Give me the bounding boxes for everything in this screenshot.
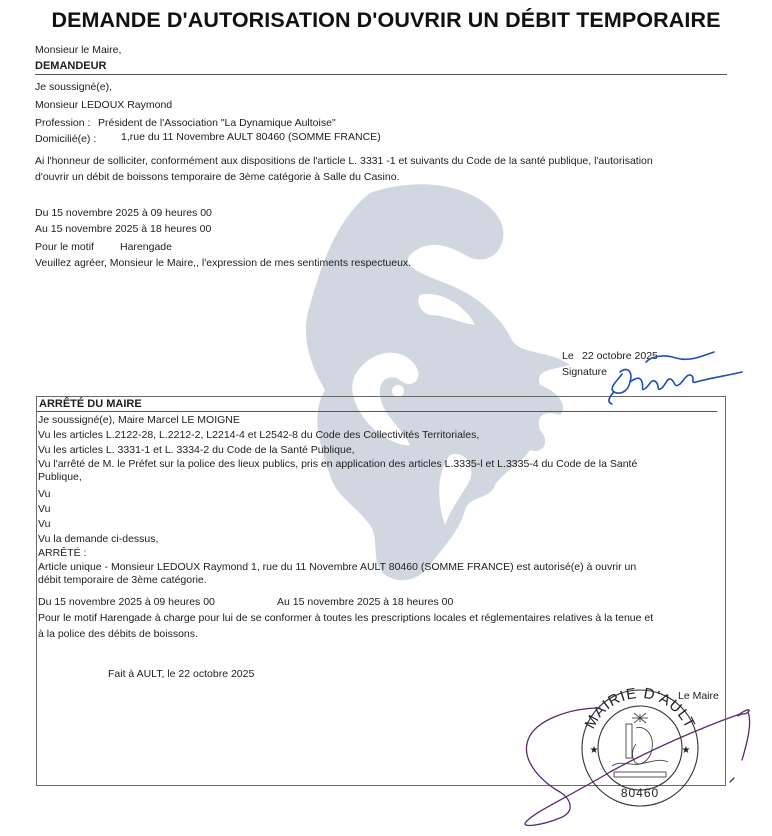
profession-label: Profession : bbox=[35, 117, 90, 130]
request-date: 22 octobre 2025 bbox=[582, 350, 658, 363]
arrete-line: Vu les articles L.2122-28, L.2212-2, L22… bbox=[38, 429, 479, 442]
fait-a: Fait à AULT, le 22 octobre 2025 bbox=[108, 668, 254, 681]
arrete-line: Vu bbox=[38, 518, 50, 531]
svg-text:80460: 80460 bbox=[621, 786, 659, 800]
request-line-2: d'ouvrir un débit de boissons temporaire… bbox=[35, 171, 399, 184]
arrete-divider bbox=[37, 411, 717, 412]
arrete-line: Vu bbox=[38, 488, 50, 501]
request-line-1: Ai l'honneur de solliciter, conformément… bbox=[35, 155, 653, 168]
salutation: Monsieur le Maire, bbox=[35, 44, 121, 57]
signatory-label: Le Maire bbox=[678, 690, 719, 703]
request-date-to: Au 15 novembre 2025 à 18 heures 00 bbox=[35, 223, 211, 236]
demandeur-divider bbox=[35, 74, 727, 75]
motif-value: Harengade bbox=[120, 241, 172, 254]
signature-label: Signature bbox=[562, 366, 607, 379]
domicile-value: 1,rue du 11 Novembre AULT 80460 (SOMME F… bbox=[121, 131, 381, 144]
arrete-motif-line-1: Pour le motif Harengade à charge pour lu… bbox=[38, 612, 653, 625]
domicile-label: Domicilié(e) : bbox=[35, 133, 96, 146]
demandeur-name: Monsieur LEDOUX Raymond bbox=[35, 99, 172, 112]
arrete-line: Publique, bbox=[38, 471, 82, 484]
arrete-line: Je soussigné(e), Maire Marcel LE MOIGNE bbox=[38, 414, 240, 427]
arrete-line: Vu les articles L. 3331-1 et L. 3334-2 d… bbox=[38, 444, 355, 457]
arrete-motif-line-2: à la police des débits de boissons. bbox=[38, 628, 198, 641]
profession-value: Président de l'Association "La Dynamique… bbox=[98, 117, 336, 130]
arrete-line: Article unique - Monsieur LEDOUX Raymond… bbox=[38, 561, 636, 574]
arrete-date-to: Au 15 novembre 2025 à 18 heures 00 bbox=[277, 596, 453, 609]
arrete-header: ARRÊTÉ DU MAIRE bbox=[39, 398, 142, 411]
arrete-date-from: Du 15 novembre 2025 à 09 heures 00 bbox=[38, 596, 215, 609]
demandeur-soussigne: Je soussigné(e), bbox=[35, 81, 112, 94]
motif-label: Pour le motif bbox=[35, 241, 94, 254]
closing-formula: Veuillez agréer, Monsieur le Maire,, l'e… bbox=[35, 257, 411, 270]
demandeur-header: DEMANDEUR bbox=[35, 60, 107, 73]
arrete-line: ARRÊTÉ : bbox=[38, 547, 86, 560]
arrete-line: débit temporaire de 3ème catégorie. bbox=[38, 574, 207, 587]
arrete-line: Vu bbox=[38, 503, 50, 516]
request-date-from: Du 15 novembre 2025 à 09 heures 00 bbox=[35, 207, 212, 220]
arrete-line: Vu la demande ci-dessus, bbox=[38, 533, 158, 546]
arrete-line: Vu l'arrêté de M. le Préfet sur la polic… bbox=[38, 458, 637, 471]
page-title: DEMANDE D'AUTORISATION D'OUVRIR UN DÉBIT… bbox=[0, 8, 772, 33]
request-date-label: Le bbox=[562, 350, 574, 363]
